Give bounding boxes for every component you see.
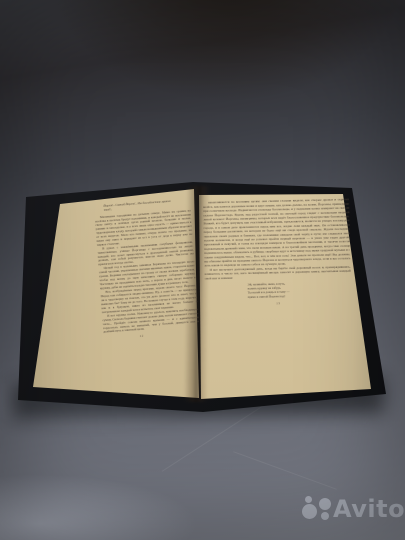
avito-logo-icon xyxy=(293,483,333,528)
avito-watermark: Avito xyxy=(293,483,403,538)
page-gutter-shadow xyxy=(183,186,210,402)
avito-wordmark: Avito xyxy=(333,495,405,523)
photo-scene: Йорген!.. Святой Йорген!.. Мы благоденст… xyxy=(0,0,405,540)
